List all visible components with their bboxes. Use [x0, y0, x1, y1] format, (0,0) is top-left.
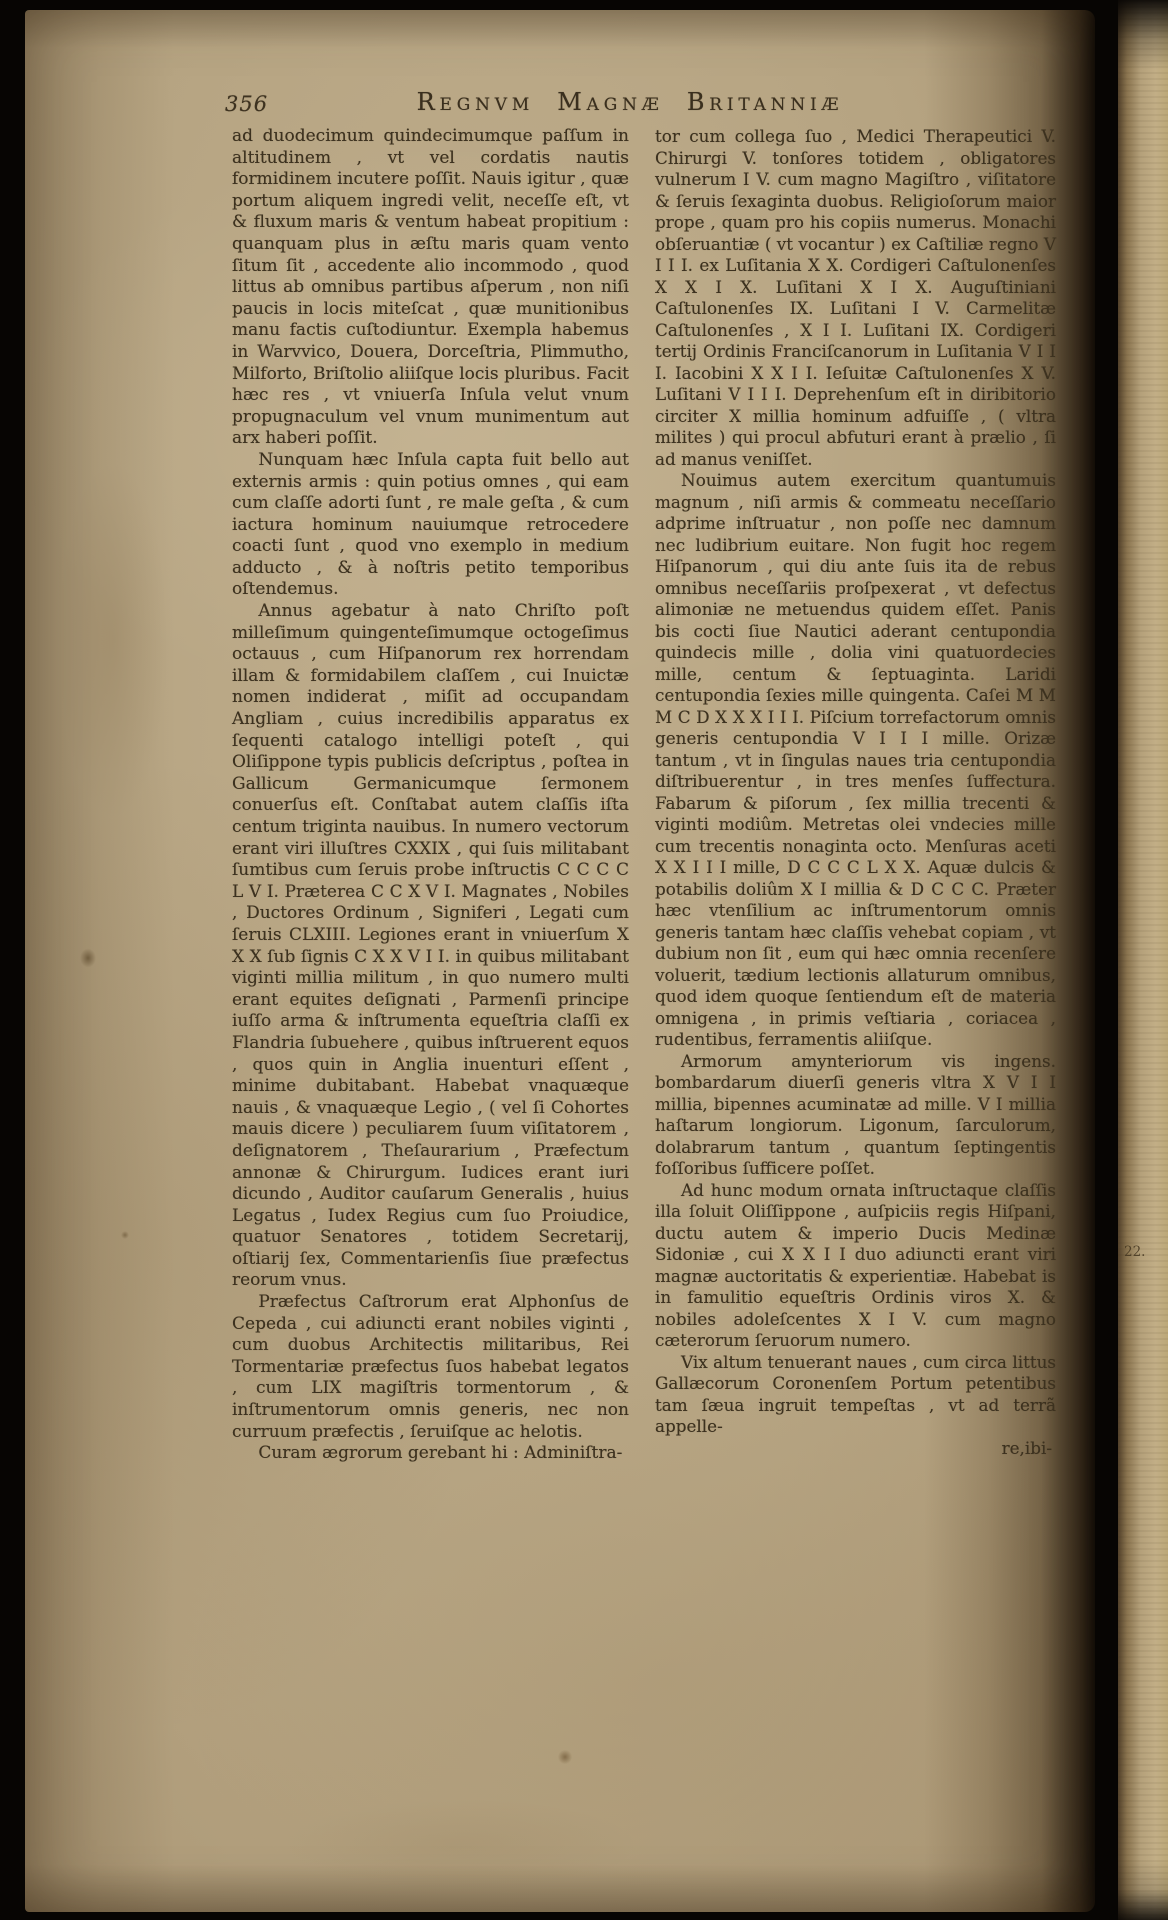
paragraph: Nunquam hæc Inſula capta fuit bello aut …	[232, 450, 629, 601]
paragraph: Curam ægrorum gerebant hi : Adminiſtra-	[232, 1443, 629, 1465]
paragraph: Vix altum tenuerant naues , cum circa li…	[655, 1352, 1056, 1438]
fore-edge-page-number: 22.	[1124, 1244, 1145, 1260]
paragraph: Nouimus autem exercitum quantumuis magnu…	[655, 470, 1056, 1051]
paragraph: Annus agebatur à nato Chriſto poſt mille…	[232, 601, 629, 1292]
text-column-right: tor cum collega ſuo , Medici Therapeutic…	[655, 126, 1056, 1459]
running-title: Regnvm Magnæ Britanniæ	[280, 88, 980, 116]
paragraph: Præfectus Caſtrorum erat Alphonſus de Ce…	[232, 1292, 629, 1443]
scanned-book-photo: 356 Regnvm Magnæ Britanniæ ad duodecimum…	[0, 0, 1168, 1920]
paragraph: tor cum collega ſuo , Medici Therapeutic…	[655, 126, 1056, 470]
right-column-paragraphs: tor cum collega ſuo , Medici Therapeutic…	[655, 126, 1056, 1438]
text-column-left: ad duodecimum quindecimumque paſſum in a…	[232, 126, 629, 1465]
paragraph: Ad hunc modum ornata inſtructaque claſſi…	[655, 1180, 1056, 1352]
paragraph: ad duodecimum quindecimumque paſſum in a…	[232, 126, 629, 450]
book-page: 356 Regnvm Magnæ Britanniæ ad duodecimum…	[25, 10, 1095, 1912]
catchword: re,ibi-	[655, 1438, 1056, 1460]
paragraph: Armorum amynteriorum vis ingens. bombard…	[655, 1051, 1056, 1180]
next-page-edge	[1118, 0, 1168, 1920]
left-column-paragraphs: ad duodecimum quindecimumque paſſum in a…	[232, 126, 629, 1465]
folio-number: 356	[225, 92, 268, 116]
